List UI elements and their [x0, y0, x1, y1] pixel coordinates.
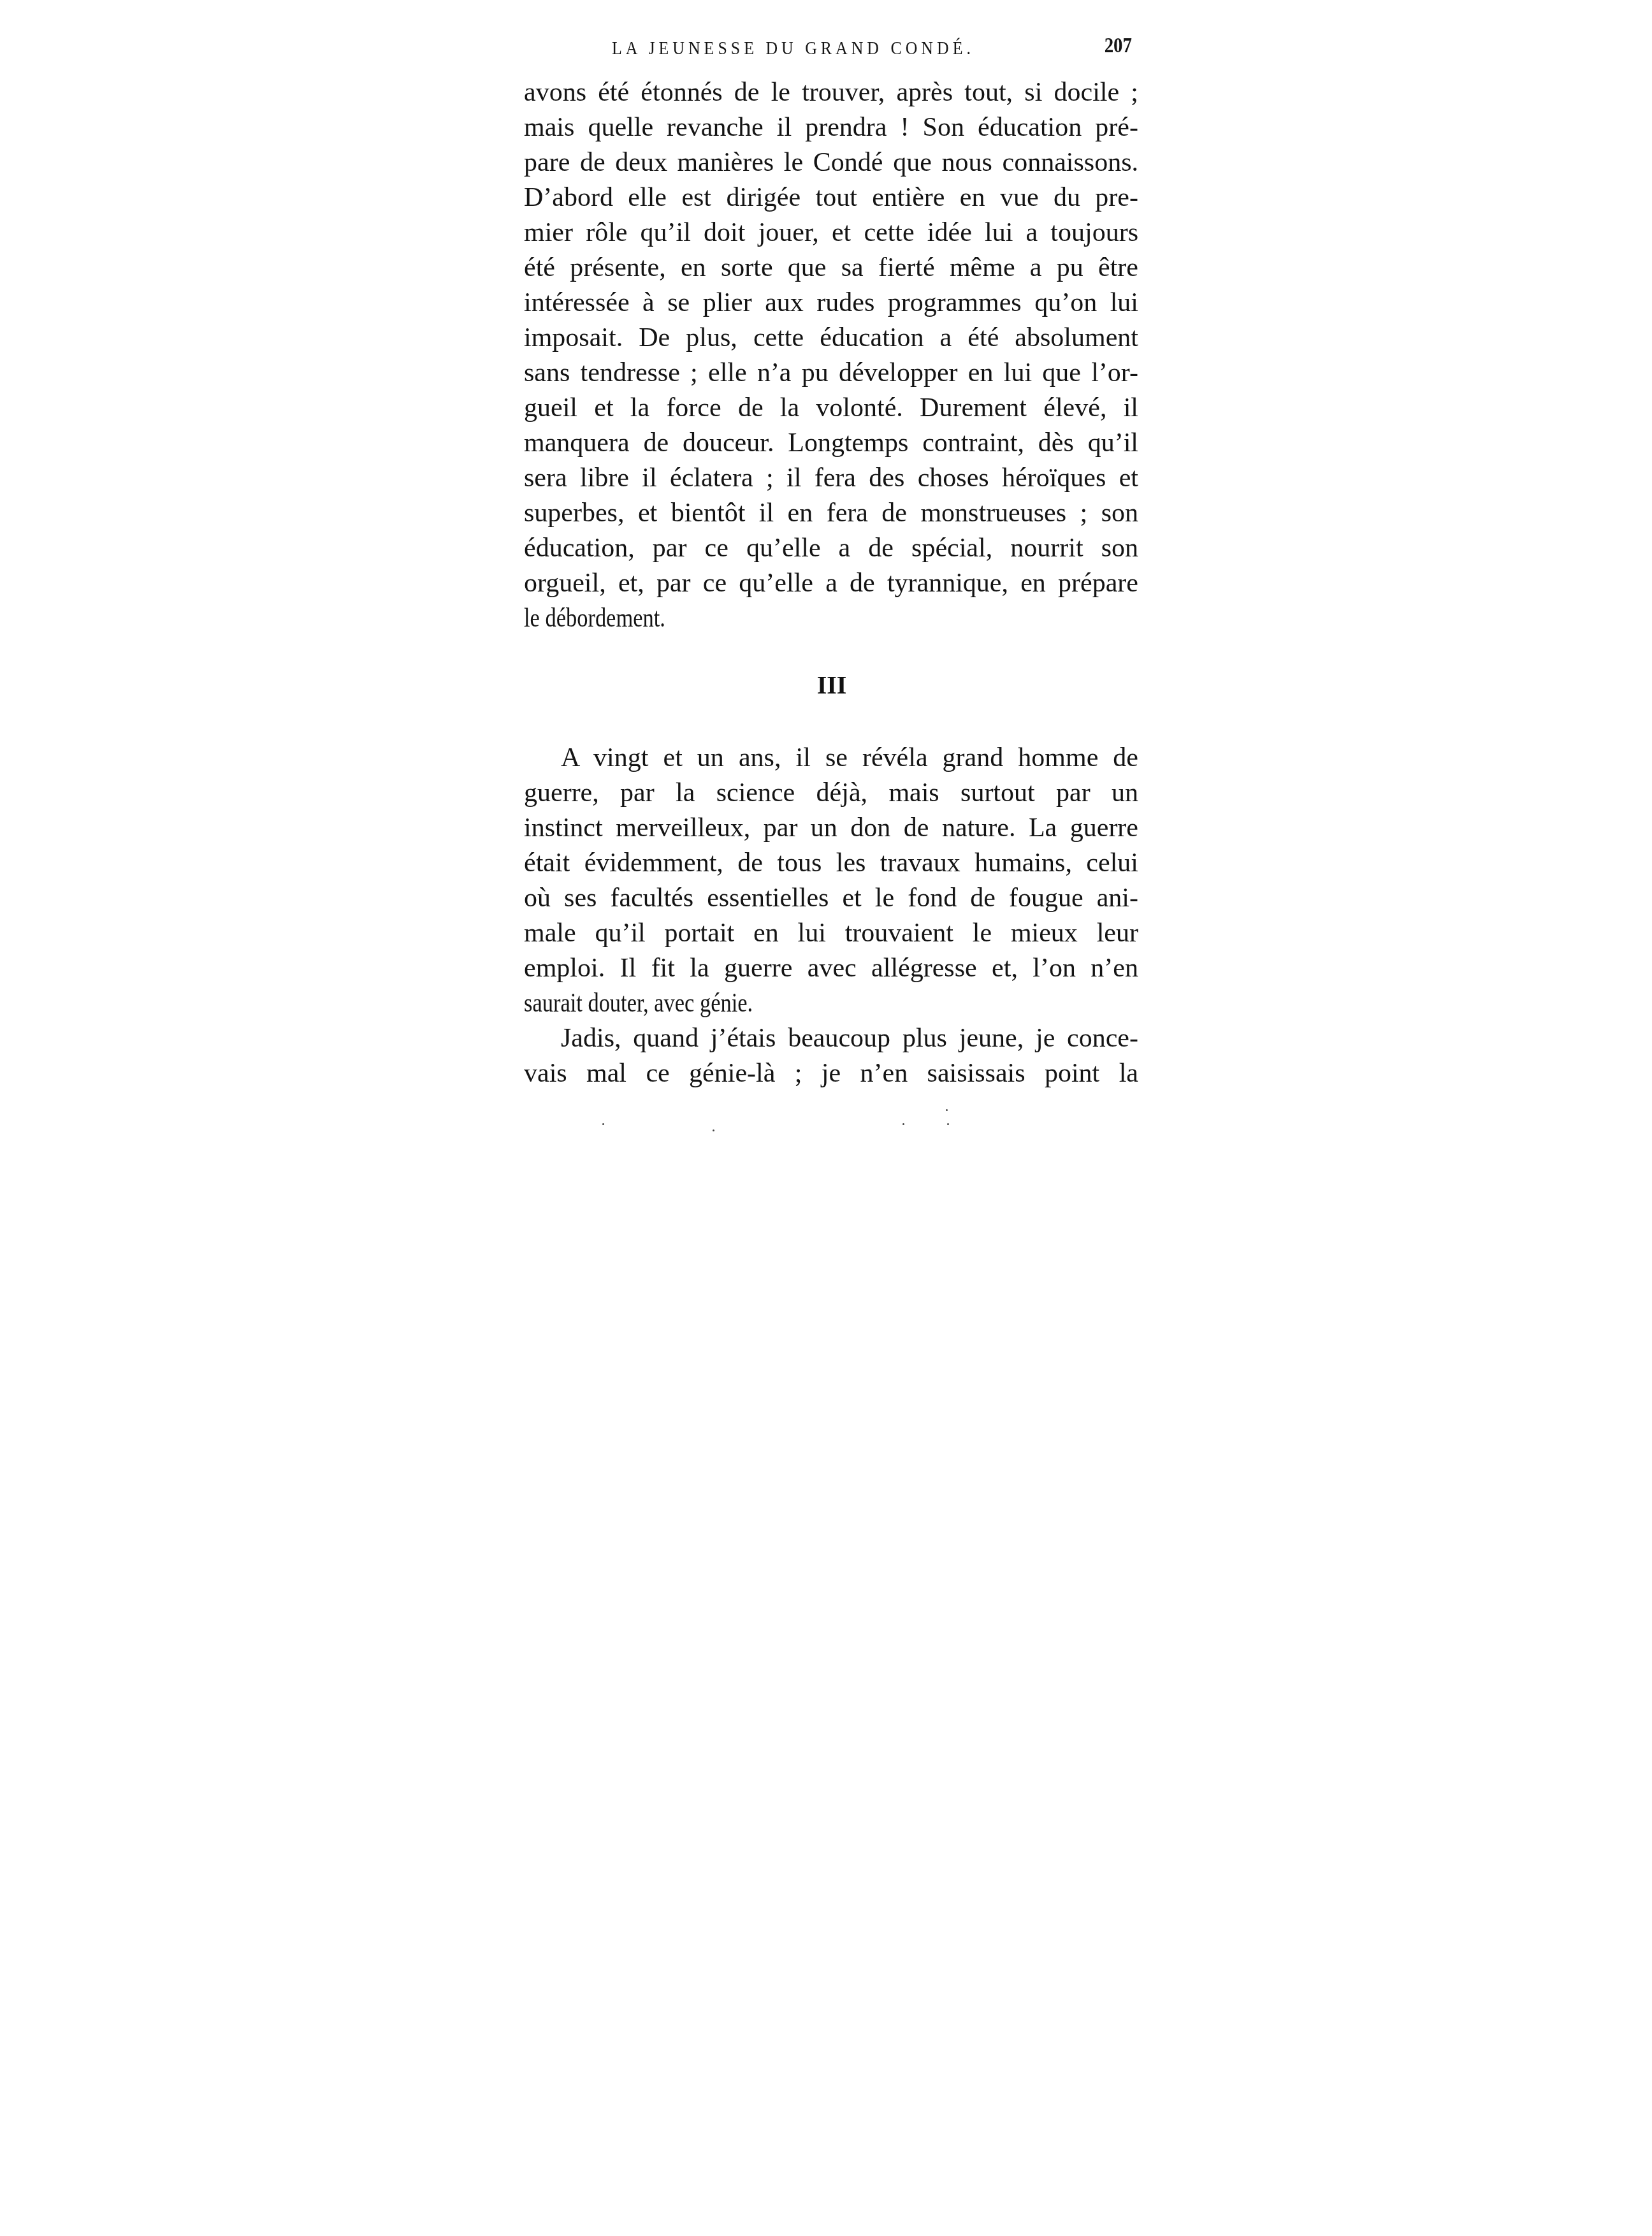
section-heading: III [765, 669, 899, 701]
scan-speck [947, 1123, 949, 1125]
scan-speck [713, 1129, 714, 1131]
section-2-paragraph-2: Jadis, quand j’étais beaucoup plus jeune… [524, 1021, 1138, 1091]
text-line: pare de deux manières le Condé que nous … [524, 145, 1138, 180]
text-line: orgueil, et, par ce qu’elle a de tyranni… [524, 566, 1138, 601]
text-line: était évidemment, de tous les travaux hu… [524, 846, 1138, 881]
text-line: male qu’il portait en lui trouvaient le … [524, 916, 1138, 951]
text-line: manquera de douceur. Longtemps contraint… [524, 426, 1138, 461]
text-line: Jadis, quand j’étais beaucoup plus jeune… [524, 1021, 1138, 1056]
section-2-paragraph-1: A vingt et un ans, il se révéla grand ho… [524, 741, 1138, 1021]
text-line: mier rôle qu’il doit jouer, et cette idé… [524, 215, 1138, 250]
text-line: imposait. De plus, cette éducation a été… [524, 321, 1138, 356]
page-number: 207 [1105, 33, 1132, 59]
text-line: le débordement. [524, 601, 1027, 636]
text-line: intéressée à se plier aux rudes programm… [524, 286, 1138, 321]
text-line: guerre, par la science déjà, mais surtou… [524, 776, 1138, 811]
text-line: sera libre il éclatera ; il fera des cho… [524, 461, 1138, 496]
text-line: A vingt et un ans, il se révéla grand ho… [524, 741, 1138, 776]
scan-speck [946, 1109, 948, 1111]
text-line: gueil et la force de la volonté. Duremen… [524, 391, 1138, 426]
book-page: LA JEUNESSE DU GRAND CONDÉ. 207 avons ét… [0, 0, 1652, 2236]
text-line: saurait douter, avec génie. [524, 986, 1027, 1021]
running-head: LA JEUNESSE DU GRAND CONDÉ. 207 [612, 36, 1134, 61]
text-line: instinct merveilleux, par un don de natu… [524, 811, 1138, 846]
running-head-title: LA JEUNESSE DU GRAND CONDÉ. [612, 36, 975, 61]
text-line: vais mal ce génie-là ; je n’en saisissai… [524, 1056, 1138, 1091]
text-line: avons été étonnés de le trouver, après t… [524, 75, 1138, 110]
text-line: mais quelle revanche il prendra ! Son éd… [524, 110, 1138, 145]
text-line: superbes, et bientôt il en fera de monst… [524, 496, 1138, 531]
text-line: où ses facultés essentielles et le fond … [524, 881, 1138, 916]
text-line: emploi. Il fit la guerre avec allégresse… [524, 951, 1138, 986]
text-line: éducation, par ce qu’elle a de spécial, … [524, 531, 1138, 566]
text-line: D’abord elle est dirigée tout entière en… [524, 180, 1138, 215]
text-line: été présente, en sorte que sa fierté mêm… [524, 250, 1138, 286]
text-line: sans tendresse ; elle n’a pu développer … [524, 356, 1138, 391]
scan-speck [602, 1123, 604, 1125]
section-1-paragraph: avons été étonnés de le trouver, après t… [524, 75, 1138, 636]
scan-speck [902, 1123, 904, 1125]
